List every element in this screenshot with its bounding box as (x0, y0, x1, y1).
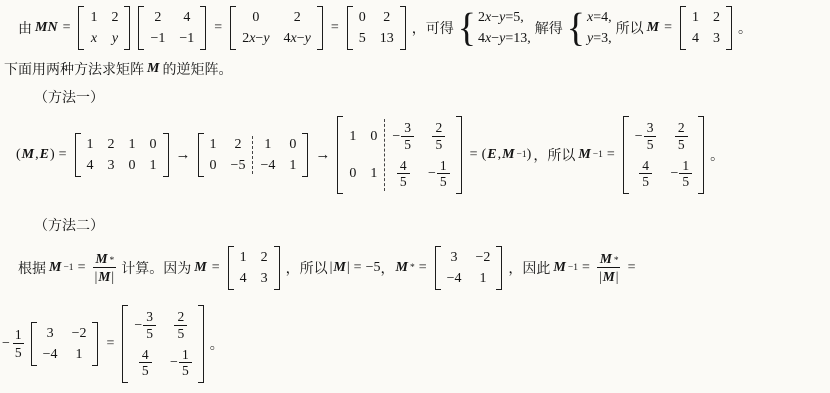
math-text: 1 (87, 135, 94, 155)
denominator: 5 (437, 173, 450, 190)
right-bracket (726, 6, 732, 50)
equals-sign: = (59, 20, 75, 36)
text-jiede: 解得 (533, 18, 565, 38)
line-method2-heading: （方法二） (0, 213, 830, 237)
equals-sign: = (350, 260, 366, 276)
math-text: =4, (593, 7, 611, 28)
var-m: M (21, 147, 35, 163)
matrix-cell: −35 (392, 118, 414, 154)
numerator: 1 (679, 158, 692, 174)
matrix-cell: x (91, 29, 97, 49)
matrix-cell: 45 (139, 345, 152, 381)
equals-sign: = (55, 147, 71, 163)
matrix-cell: 2 (261, 248, 268, 268)
line-final-result: − 1 5 3−2−41 = −352545−15 。 (0, 298, 830, 390)
denominator: 5 (675, 136, 688, 153)
matrix-body: 1243 (686, 6, 726, 50)
matrix-cell: 4 (692, 29, 699, 49)
denominator: 5 (139, 362, 152, 379)
equals-sign: = (466, 147, 482, 163)
augment-divider (252, 136, 253, 174)
matrix-cell: 0 (359, 8, 366, 28)
matrix-cell: 1 (90, 8, 97, 28)
minus-sign: − (2, 336, 10, 352)
matrix-adjugate: 3−2−41 (31, 322, 99, 366)
text-suoyi: ，所以 (531, 145, 577, 165)
matrix-cell: 1 (87, 135, 94, 155)
text-genju: 根据 (16, 258, 48, 278)
var-m: M (599, 251, 613, 267)
text-suoyi: 所以 (614, 18, 646, 38)
var-m: M (97, 269, 111, 285)
matrix-cell: 1 (129, 135, 136, 155)
determinant-value: −5 (366, 260, 381, 276)
fraction-adjugate-over-det: M* |M| (92, 251, 116, 285)
numerator: 1 (179, 347, 192, 363)
right-bracket (496, 246, 502, 290)
matrix-augmented-1: 12104301 (75, 133, 169, 177)
math-text: y (263, 29, 269, 49)
right-bracket (200, 6, 206, 50)
math-text: −2 (72, 324, 87, 344)
math-text: 3 (47, 324, 54, 344)
case-line: 4x−y=13, (478, 28, 531, 49)
numerator: 2 (174, 309, 187, 325)
var-m: M (193, 260, 207, 276)
period: 。 (736, 18, 754, 38)
matrix-body: 10−41 (254, 133, 302, 177)
minus-sign: − (670, 164, 678, 184)
matrix-cell: 0 (252, 8, 259, 28)
period: 。 (208, 334, 226, 354)
matrix-cell: 2 (294, 8, 301, 28)
numerator: 3 (401, 120, 414, 136)
matrix-cell: −4 (260, 156, 275, 176)
matrix-cell: −35 (635, 118, 657, 154)
matrix-cell: 0 (370, 127, 377, 147)
fraction: 15 (679, 158, 692, 190)
math-text: 0 (289, 135, 296, 155)
line-derive-m: 由 MN = 12xy 24−1−1 = 022x−y4x−y = 02513 … (0, 4, 830, 52)
right-bracket (163, 133, 169, 177)
math-text: 5 (359, 29, 366, 49)
math-text: 1 (370, 164, 377, 184)
matrix-cell: 2 (713, 8, 720, 28)
matrix-cell: 2 (154, 8, 161, 28)
matrix-augmented-2: 120−510−41 (198, 133, 309, 177)
math-text: =5, (505, 7, 523, 28)
left-brace-icon: { (567, 9, 585, 47)
matrix-cell: −4 (447, 269, 462, 289)
denominator: |M| (93, 267, 116, 285)
fraction: 35 (644, 120, 657, 152)
math-text: −4 (43, 345, 58, 365)
matrix-n: 24−1−1 (138, 6, 206, 50)
math-text: 1 (264, 135, 271, 155)
math-text: x (91, 29, 97, 49)
matrix-cell: 3 (108, 156, 115, 176)
math-text: 0 (210, 156, 217, 176)
math-text: 3 (451, 248, 458, 268)
math-text: 1 (692, 8, 699, 28)
matrix-body: 12104301 (81, 133, 163, 177)
math-text: −2 (476, 248, 491, 268)
math-text: 13 (380, 29, 394, 49)
matrix-body: −352545−15 (386, 116, 455, 193)
math-text: y (112, 29, 118, 49)
equation-system-2: {x=4,y=3, (567, 7, 612, 49)
math-text: 1 (150, 156, 157, 176)
math-text: 1 (90, 8, 97, 28)
denominator: 5 (432, 136, 445, 153)
matrix-cell: −2 (72, 324, 87, 344)
math-text: 2 (235, 135, 242, 155)
denominator: 5 (13, 343, 24, 361)
numerator: 4 (639, 158, 652, 174)
math-text: 0 (370, 127, 377, 147)
matrix-cell: −5 (231, 156, 246, 176)
math-text: 4 (692, 29, 699, 49)
math-text: y (305, 29, 311, 49)
denominator: 5 (174, 325, 187, 342)
math-text: =3, (593, 28, 611, 49)
matrix-body: 1001 (343, 116, 383, 193)
text-you: 由 (16, 18, 34, 38)
math-text: −4 (447, 269, 462, 289)
matrix-m-unknown: 12xy (78, 6, 130, 50)
matrix-cell: 0 (210, 156, 217, 176)
math-text: −1 (179, 29, 194, 49)
method1-label: （方法一） (32, 87, 106, 107)
text-intro-1: 下面用两种方法求矩阵 (2, 59, 146, 79)
math-text: 0 (150, 135, 157, 155)
var-m: M (332, 260, 346, 276)
abs-bar: | (616, 269, 619, 285)
matrix-cell: 1 (210, 135, 217, 155)
case-line: y=3, (587, 28, 612, 49)
right-bracket (456, 116, 462, 193)
case-line: x=4, (587, 7, 612, 28)
numerator: 2 (432, 120, 445, 136)
matrix-body: 02513 (353, 6, 400, 50)
matrix-cell: 25 (675, 118, 688, 154)
equals-sign: = (578, 260, 594, 276)
var-e: E (39, 147, 50, 163)
minus-sign: − (635, 127, 643, 147)
equals-sign: = (210, 20, 226, 36)
matrix-cell: 2 (383, 8, 390, 28)
line-method1-work: ( M , E ) = 12104301 → 120−510−41 → 1001… (0, 110, 830, 200)
math-text: −4 (260, 156, 275, 176)
matrix-cell: 0 (289, 135, 296, 155)
math-text: 1 (129, 135, 136, 155)
fraction: 25 (432, 120, 445, 152)
matrix-body: −352545−15 (128, 305, 197, 382)
math-text: −5 (231, 156, 246, 176)
matrix-cell: 45 (639, 156, 652, 192)
right-bracket (198, 305, 204, 382)
math-text: 2 (713, 8, 720, 28)
augment-divider (384, 119, 385, 190)
matrix-cell: 1 (479, 269, 486, 289)
abs-bar: | (111, 269, 114, 285)
matrix-cell: 1 (349, 127, 356, 147)
math-text: 2 (478, 7, 485, 28)
case-line: 2x−y=5, (478, 7, 524, 28)
line-method2-work: 根据 M−1 = M* |M| 计算。因为 M = 1243 ，所以 | M |… (0, 239, 830, 297)
matrix-body: −352545−15 (629, 116, 698, 193)
var-mn: MN (34, 20, 59, 36)
matrix-body: 24−1−1 (144, 6, 200, 50)
var-m: M (48, 260, 62, 276)
matrix-cell: 3 (47, 324, 54, 344)
text-suoyi: ，所以 (284, 258, 330, 278)
var-m: M (602, 269, 616, 285)
equals-sign: = (74, 260, 90, 276)
matrix-cell: 1 (240, 248, 247, 268)
numerator: 4 (139, 347, 152, 363)
matrix-cell: −15 (170, 345, 192, 381)
period: 。 (708, 145, 726, 165)
matrix-cell: 0 (349, 164, 356, 184)
matrix-cell: 2 (111, 8, 118, 28)
denominator: 5 (143, 325, 156, 342)
fraction: 35 (401, 120, 414, 152)
matrix-cell: 45 (397, 156, 410, 192)
var-e: E (486, 147, 497, 163)
matrix-m-inverse: −352545−15 (122, 305, 203, 382)
matrix-cell: −15 (428, 156, 450, 192)
matrix-body: 3−2−41 (441, 246, 497, 290)
equals-sign: = (415, 260, 431, 276)
numerator: 3 (644, 120, 657, 136)
minus-sign: − (428, 164, 436, 184)
minus-sign: − (392, 127, 400, 147)
math-text: 0 (349, 164, 356, 184)
math-text: − (297, 29, 305, 49)
matrix-cell: 2 (235, 135, 242, 155)
denominator: 5 (644, 136, 657, 153)
right-bracket (698, 116, 704, 193)
math-text: 2 (383, 8, 390, 28)
matrix-cell: 1 (150, 156, 157, 176)
fraction: 35 (143, 309, 156, 341)
cases-body: 2x−y=5,4x−y=13, (478, 7, 531, 49)
math-text: 2 (294, 8, 301, 28)
equals-sign: = (102, 336, 118, 352)
matrix-product-symbolic: 022x−y4x−y (230, 6, 323, 50)
math-text: 2 (111, 8, 118, 28)
math-text: 4 (240, 269, 247, 289)
matrix-cell: 1 (370, 164, 377, 184)
right-bracket (124, 6, 130, 50)
matrix-cell: 5 (359, 29, 366, 49)
document-page: 由 MN = 12xy 24−1−1 = 022x−y4x−y = 02513 … (0, 0, 830, 393)
minus-sign: − (170, 353, 178, 373)
arrow-right-icon: → (173, 147, 194, 164)
var-m: M (146, 61, 160, 77)
math-text: 1 (349, 127, 356, 147)
matrix-adjugate: 3−2−41 (435, 246, 503, 290)
matrix-body: 12xy (84, 6, 124, 50)
matrix-cell: 13 (380, 29, 394, 49)
denominator: 5 (179, 362, 192, 379)
math-text: − (491, 28, 499, 49)
line-intro: 下面用两种方法求矩阵 M 的逆矩阵。 (0, 57, 830, 81)
line-method1-heading: （方法一） (0, 85, 830, 109)
math-text: 2 (261, 248, 268, 268)
text-intro-2: 的逆矩阵。 (160, 59, 234, 79)
left-brace-icon: { (458, 9, 476, 47)
matrix-cell: 3 (713, 29, 720, 49)
arrow-right-icon: → (312, 147, 333, 164)
math-text: 0 (359, 8, 366, 28)
matrix-cell: 2 (108, 135, 115, 155)
right-bracket (400, 6, 406, 50)
math-text: 4 (478, 28, 485, 49)
matrix-product-value: 02513 (347, 6, 406, 50)
matrix-augmented-3: 1001−352545−15 (337, 116, 461, 193)
math-text: =13, (505, 28, 530, 49)
fraction: 15 (437, 158, 450, 190)
math-text: 1 (479, 269, 486, 289)
fraction-adjugate-over-det: M* |M| (597, 251, 621, 285)
matrix-cell: 4 (183, 8, 190, 28)
matrix-cell: 2x−y (242, 29, 269, 49)
fraction: 45 (139, 347, 152, 379)
denominator: 5 (639, 173, 652, 190)
matrix-cell: −15 (670, 156, 692, 192)
matrix-m-solved: 1243 (680, 6, 732, 50)
equation-system-1: {2x−y=5,4x−y=13, (458, 7, 531, 49)
text-yinci: ，因此 (506, 258, 552, 278)
equals-sign: = (603, 147, 619, 163)
matrix-body: 3−2−41 (37, 322, 93, 366)
matrix-cell: 0 (129, 156, 136, 176)
math-text: 0 (129, 156, 136, 176)
matrix-body: 120−5 (204, 133, 252, 177)
math-text: 0 (252, 8, 259, 28)
denominator: 5 (397, 173, 410, 190)
equals-sign: = (624, 260, 640, 276)
comma: ， (380, 258, 394, 278)
denominator: 5 (679, 173, 692, 190)
math-text: 3 (108, 156, 115, 176)
math-text: − (491, 7, 499, 28)
matrix-m-inverse: −352545−15 (623, 116, 704, 193)
numerator: 3 (143, 309, 156, 325)
math-text: 3 (261, 269, 268, 289)
equals-sign: = (208, 260, 224, 276)
math-text: 4 (183, 8, 190, 28)
var-m: M (577, 147, 591, 163)
cases-body: x=4,y=3, (587, 7, 612, 49)
var-m: M (552, 260, 566, 276)
denominator: 5 (401, 136, 414, 153)
numerator: 4 (397, 158, 410, 174)
matrix-cell: 4 (240, 269, 247, 289)
minus-sign: − (134, 316, 142, 336)
method2-label: （方法二） (32, 215, 106, 235)
math-text: 4 (87, 156, 94, 176)
var-m: M (646, 20, 660, 36)
matrix-cell: 1 (76, 345, 83, 365)
matrix-cell: −2 (476, 248, 491, 268)
numerator: M* (597, 251, 621, 267)
right-bracket (317, 6, 323, 50)
matrix-cell: 3 (451, 248, 458, 268)
numerator: M* (92, 251, 116, 267)
fraction-one-fifth: 1 5 (13, 327, 24, 361)
text-kede: ，可得 (410, 18, 456, 38)
numerator: 1 (13, 327, 24, 343)
var-m: M (501, 147, 515, 163)
fraction: 45 (397, 158, 410, 190)
matrix-cell: 25 (174, 307, 187, 343)
matrix-cell: 25 (432, 118, 445, 154)
math-text: −1 (150, 29, 165, 49)
denominator: |M| (597, 267, 620, 285)
matrix-cell: 4x−y (284, 29, 311, 49)
matrix-cell: −1 (150, 29, 165, 49)
matrix-cell: 4 (87, 156, 94, 176)
text-jisuan: 计算。因为 (119, 258, 193, 278)
fraction: 15 (179, 347, 192, 379)
matrix-cell: 3 (261, 269, 268, 289)
fraction: 45 (639, 158, 652, 190)
numerator: 2 (675, 120, 688, 136)
equals-sign: = (660, 20, 676, 36)
var-m: M (94, 251, 108, 267)
matrix-body: 1243 (234, 246, 274, 290)
math-text: 2 (154, 8, 161, 28)
matrix-cell: −35 (134, 307, 156, 343)
var-m: M (394, 260, 408, 276)
numerator: 1 (437, 158, 450, 174)
matrix-cell: −4 (43, 345, 58, 365)
right-bracket (302, 133, 308, 177)
matrix-cell: 1 (289, 156, 296, 176)
math-text: 1 (240, 248, 247, 268)
math-text: 1 (210, 135, 217, 155)
matrix-cell: 0 (150, 135, 157, 155)
matrix-body: 022x−y4x−y (236, 6, 317, 50)
matrix-cell: y (112, 29, 118, 49)
matrix-m: 1243 (228, 246, 280, 290)
fraction: 25 (174, 309, 187, 341)
math-text: 3 (713, 29, 720, 49)
right-bracket (274, 246, 280, 290)
math-text: 1 (76, 345, 83, 365)
fraction: 25 (675, 120, 688, 152)
right-bracket (92, 322, 98, 366)
matrix-cell: −1 (179, 29, 194, 49)
math-text: 2 (108, 135, 115, 155)
math-text: 1 (289, 156, 296, 176)
math-text: 4 (284, 29, 291, 49)
matrix-cell: 1 (692, 8, 699, 28)
equals-sign: = (327, 20, 343, 36)
matrix-cell: 1 (264, 135, 271, 155)
